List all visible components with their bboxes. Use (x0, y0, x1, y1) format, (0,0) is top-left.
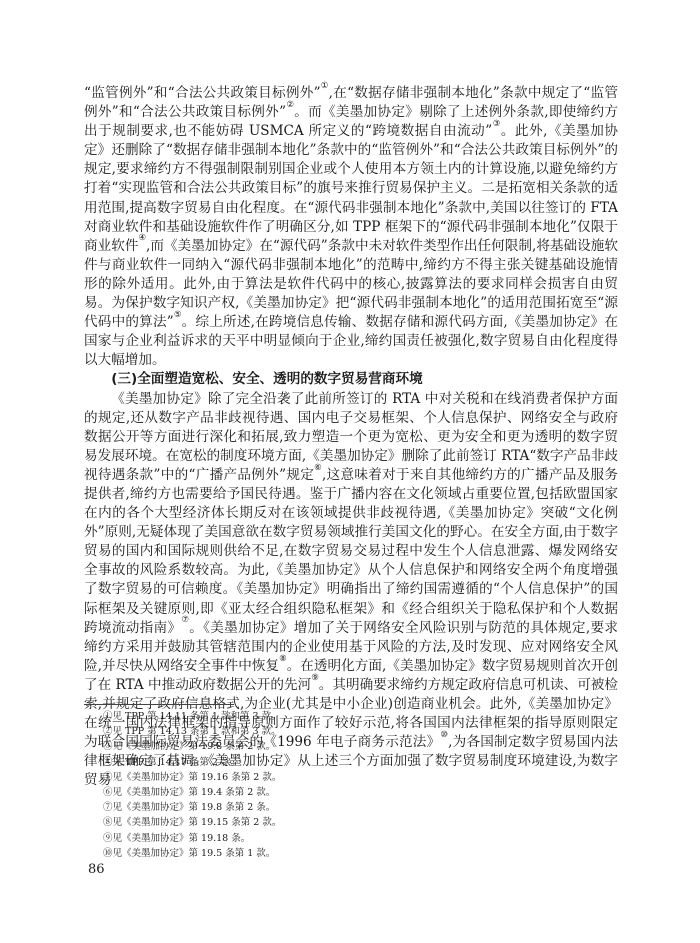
footnote-item: ⑥见《美墨加协定》第 19.4 条第 2 款。 (84, 785, 618, 800)
footnote-item: ②见 TPP 第 14.13 条第 1 款和第 3 款。 (84, 724, 618, 739)
section-heading: (三)全面塑造宽松、安全、透明的数字贸易营商环境 (84, 370, 618, 389)
footnote-item: ⑦见《美墨加协定》第 19.8 条第 2 条。 (84, 800, 618, 815)
footnote-list: ①见 TPP 第 14.11 条第 1 款和第 3 款。 ②见 TPP 第 14… (84, 709, 618, 861)
footnote-item: ①见 TPP 第 14.11 条第 1 款和第 3 款。 (84, 709, 618, 724)
page-number: 86 (88, 862, 105, 878)
body-text: “监管例外”和“合法公共政策目标例外”①,在“数据存储非强制本地化”条款中规定了… (84, 84, 618, 790)
footnote-item: ⑤见《美墨加协定》第 19.16 条第 2 款。 (84, 770, 618, 785)
paragraph-continuation: “监管例外”和“合法公共政策目标例外”①,在“数据存储非强制本地化”条款中规定了… (84, 84, 618, 370)
footnote-item: ⑩见《美墨加协定》第 19.5 条第 1 款。 (84, 846, 618, 861)
footnote-item: ④见 TPP 第 14.17 条第 2 款。 (84, 755, 618, 770)
footnote-item: ⑨见《美墨加协定》第 19.18 条。 (84, 831, 618, 846)
footnote-separator (84, 704, 234, 705)
footnote-item: ③见《美墨加协定》第 19.8 条第 2 款。 (84, 739, 618, 754)
document-page: “监管例外”和“合法公共政策目标例外”①,在“数据存储非强制本地化”条款中规定了… (0, 0, 700, 943)
footnote-item: ⑧见《美墨加协定》第 19.15 条第 2 款。 (84, 815, 618, 830)
